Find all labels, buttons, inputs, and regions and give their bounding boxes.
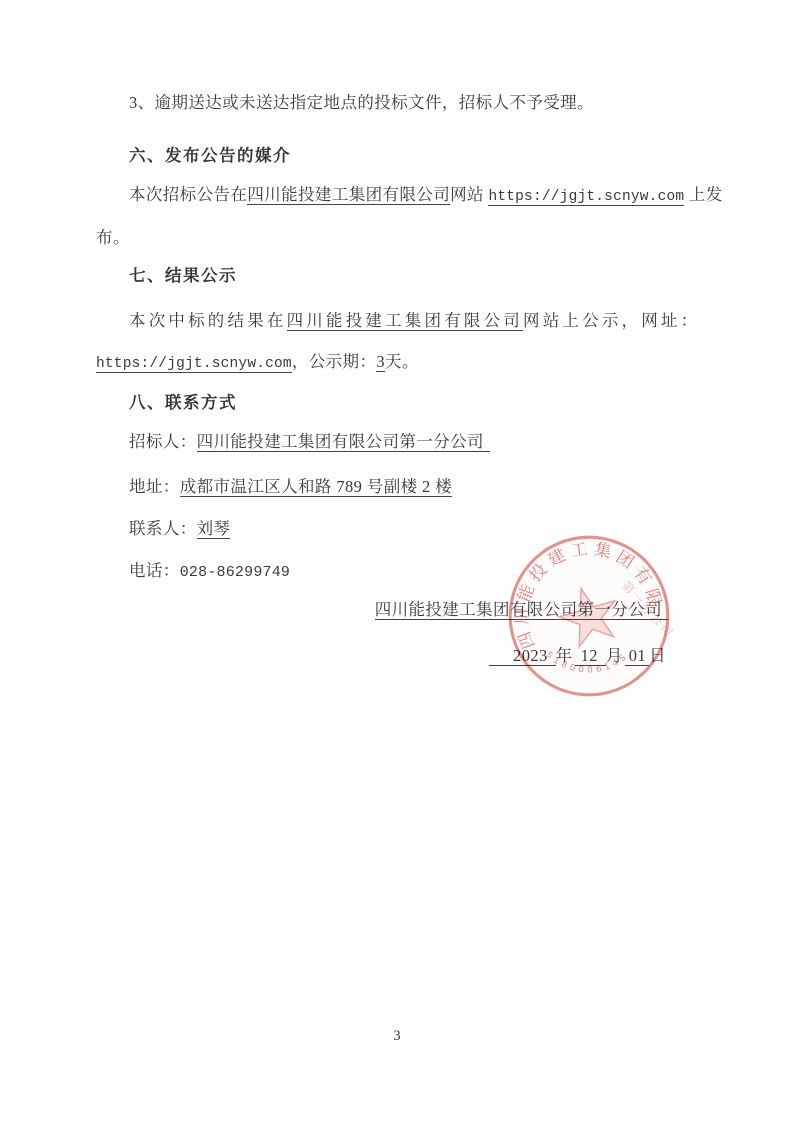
p7-url-link: https://jgjt.scnyw.com	[96, 356, 292, 373]
phone-value: 028-86299749	[180, 564, 290, 581]
phone-line: 电话：028-86299749	[129, 560, 290, 583]
section-7-paragraph-line1: 本次中标的结果在四川能投建工集团有限公司网站上公示，网址：	[129, 310, 700, 331]
contact-label: 联系人：	[129, 519, 197, 538]
contact-line: 联系人：刘琴	[129, 518, 230, 539]
address-value: 成都市温江区人和路 789 号副楼 2 楼	[180, 477, 452, 497]
company-seal-stamp-icon: 四川能投建工集团有限公司 5180006145 第一分公司	[480, 507, 698, 725]
p6-text: 网站	[450, 185, 488, 204]
bidder-value: 四川能投建工集团有限公司第一分公司	[197, 432, 490, 452]
p6-text: 本次招标公告在	[129, 185, 247, 204]
phone-label: 电话：	[129, 561, 180, 580]
p7-text: 网站上公示，网址：	[523, 311, 700, 330]
bidder-label: 招标人：	[129, 432, 197, 451]
contact-value: 刘琴	[197, 519, 231, 539]
section-6-paragraph-line1: 本次招标公告在四川能投建工集团有限公司网站 https://jgjt.scnyw…	[129, 184, 723, 208]
p7-publicity-days: 3	[376, 352, 385, 372]
p7-text: ，公示期：	[292, 352, 377, 371]
p6-company-underlined: 四川能投建工集团有限公司	[247, 185, 450, 205]
p6-text: 上发	[684, 185, 722, 204]
document-page: 3、逾期送达或未送达指定地点的投标文件，招标人不予受理。 六、发布公告的媒介 本…	[0, 0, 794, 1123]
address-label: 地址：	[129, 477, 180, 496]
section-6-heading: 六、发布公告的媒介	[129, 146, 291, 167]
section-7-heading: 七、结果公示	[129, 266, 237, 287]
section-8-heading: 八、联系方式	[129, 393, 237, 414]
section-6-paragraph-line2: 布。	[96, 227, 130, 248]
p7-text: 天。	[385, 352, 419, 371]
address-line: 地址：成都市温江区人和路 789 号副楼 2 楼	[129, 476, 452, 497]
p7-company-underlined: 四川能投建工集团有限公司	[287, 311, 523, 331]
p7-text: 本次中标的结果在	[129, 311, 287, 330]
section-7-paragraph-line2: https://jgjt.scnyw.com，公示期：3天。	[96, 351, 419, 375]
page-number: 3	[0, 1028, 794, 1045]
clause-3-text: 3、逾期送达或未送达指定地点的投标文件，招标人不予受理。	[129, 92, 594, 113]
p6-url-link: https://jgjt.scnyw.com	[488, 189, 684, 206]
bidder-line: 招标人：四川能投建工集团有限公司第一分公司	[129, 431, 490, 452]
